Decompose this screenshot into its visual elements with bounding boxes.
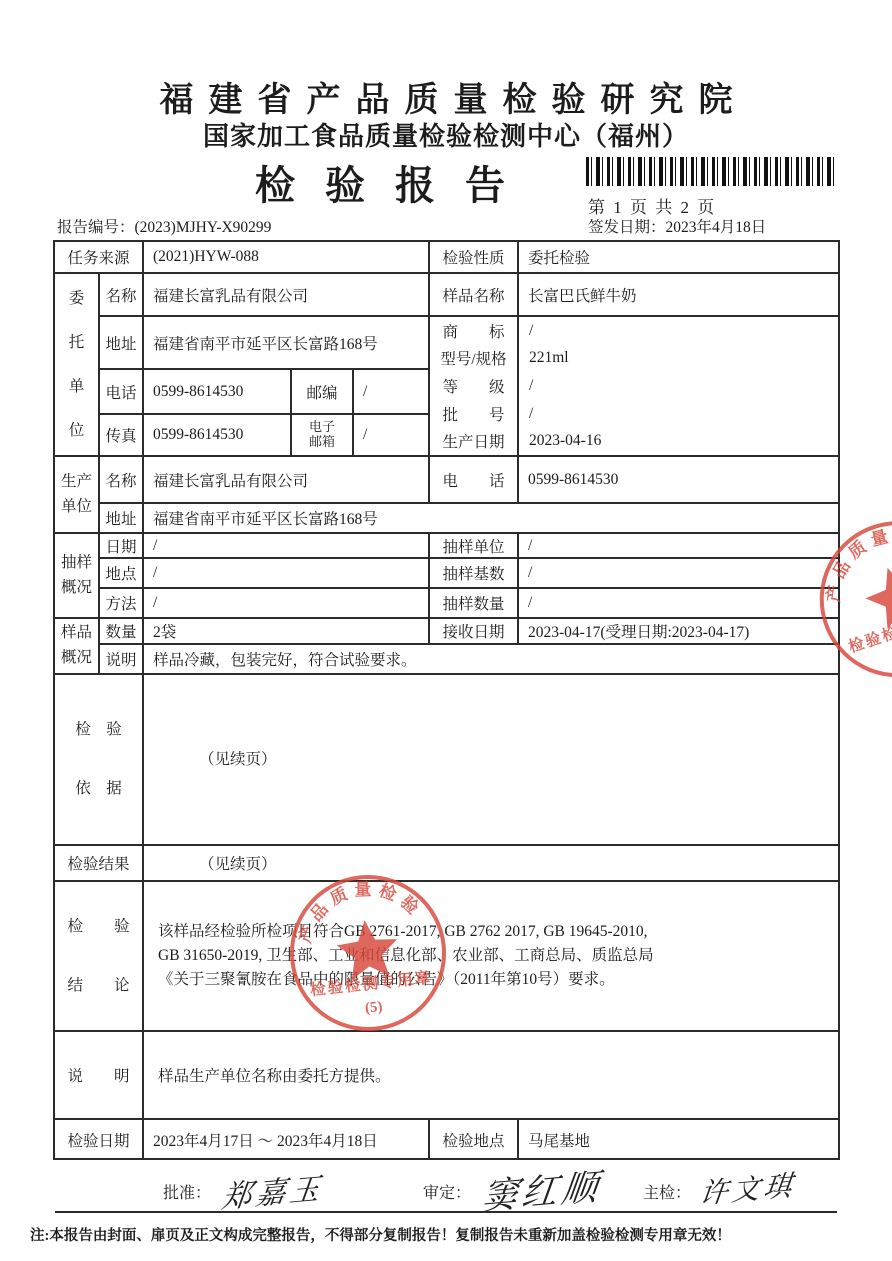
- stamp-number: (5): [364, 999, 383, 1017]
- edge-stamp-line-text: 检验检测专用章: [846, 600, 892, 656]
- producer-name-label: 名称: [100, 457, 144, 504]
- issue-date: 签发日期：2023年4月18日: [588, 215, 766, 237]
- trademark-label: 商 标: [430, 320, 517, 342]
- grade-label: 等 级: [430, 375, 517, 397]
- sampling-place-value: /: [144, 559, 430, 589]
- inspection-nature-value: 委托检验: [519, 242, 840, 274]
- report-number-label: 报告编号：: [57, 219, 135, 236]
- sampling-date-value: /: [144, 534, 430, 559]
- star-icon: [859, 558, 892, 632]
- sampling-base-label: 抽样基数: [430, 559, 519, 589]
- review-label: 审定：: [423, 1180, 471, 1203]
- receive-date-label: 接收日期: [430, 619, 519, 645]
- footer-divider: [55, 1211, 837, 1213]
- task-source-value: (2021)HYW-088: [144, 242, 430, 274]
- inspection-date-label: 检验日期: [55, 1120, 144, 1160]
- client-address-value: 福建省南平市延平区长富路168号: [144, 317, 430, 370]
- signature-row: 批准： 郑嘉玉 审定： 窦红顺 主检： 许文琪: [0, 1162, 892, 1212]
- sampling-base-value: /: [519, 559, 840, 589]
- stamp-line-text: 检验检测专用章: [309, 967, 433, 999]
- batch-value: /: [519, 405, 840, 423]
- conclusion-value: 该样品经检验所检项目符合GB 2761-2017, GB 2762 2017, …: [144, 882, 840, 1032]
- sampling-method-value: /: [144, 589, 430, 619]
- star-icon: [334, 917, 401, 981]
- sample-name-value: 长富巴氏鲜牛奶: [519, 274, 840, 317]
- approve-label: 批准：: [163, 1180, 211, 1203]
- client-fax-label: 传真: [100, 415, 144, 457]
- sampling-section-label: 抽样 概况: [55, 534, 100, 619]
- barcode: [586, 157, 838, 186]
- client-name-value: 福建长富乳品有限公司: [144, 274, 430, 317]
- sample-name-label: 样品名称: [430, 274, 519, 317]
- sample-desc-label: 说明: [100, 645, 144, 675]
- inspection-nature-label: 检验性质: [430, 242, 519, 274]
- stamp-arc-text: 产品质量检验: [289, 873, 430, 948]
- report-number: 报告编号：(2023)MJHY-X90299: [57, 215, 271, 237]
- sampling-date-label: 日期: [100, 534, 144, 559]
- chief-label: 主检：: [643, 1180, 691, 1203]
- basis-section-label: 检 验 依 据: [55, 675, 144, 846]
- trademark-value: /: [519, 322, 840, 340]
- producer-address-label: 地址: [100, 504, 144, 534]
- receive-date-value: 2023-04-17(受理日期:2023-04-17): [519, 619, 840, 645]
- sampling-unit-value: /: [519, 534, 840, 559]
- spec-labels-cell: 商 标 型号/规格 等 级 批 号 生产日期: [430, 317, 519, 457]
- producer-address-value: 福建省南平市延平区长富路168号: [144, 504, 840, 534]
- result-value: （见续页）: [144, 846, 840, 882]
- inspection-place-label: 检验地点: [430, 1120, 519, 1160]
- inspection-place-value: 马尾基地: [519, 1120, 840, 1160]
- issue-date-value: 2023年4月18日: [666, 219, 767, 236]
- remark-value: 样品生产单位名称由委托方提供。: [144, 1032, 840, 1120]
- sampling-qty-value: /: [519, 589, 840, 619]
- official-stamp: 产品质量检验 检验检测专用章 (5): [279, 864, 457, 1042]
- svg-text:产品质量检验: 产品质量检验: [289, 873, 430, 948]
- task-source-label: 任务来源: [55, 242, 144, 274]
- center-subtitle: 国家加工食品质量检验检测中心（福州）: [0, 116, 892, 153]
- client-section-label: 委托单位: [55, 274, 100, 457]
- footer-note: 注:本报告由封面、扉页及正文构成完整报告，不得部分复制报告！复制报告未重新加盖检…: [30, 1224, 875, 1245]
- client-name-label: 名称: [100, 274, 144, 317]
- producer-name-value: 福建长富乳品有限公司: [144, 457, 430, 504]
- producer-phone-value: 0599-8614530: [519, 457, 840, 504]
- approve-signature-handwriting: 郑嘉玉: [219, 1163, 326, 1217]
- model-spec-value: 221ml: [519, 349, 840, 367]
- report-page: 福建省产品质量检验研究院 国家加工食品质量检验检测中心（福州） 检验报告 第 1…: [0, 0, 892, 1261]
- sampling-place-label: 地点: [100, 559, 144, 589]
- conclusion-section-label: 检 验 结 论: [55, 882, 144, 1032]
- basis-value: （见续页）: [144, 675, 840, 846]
- result-section-label: 检验结果: [55, 846, 144, 882]
- spec-values-cell: / 221ml / / 2023-04-16: [519, 317, 840, 457]
- email-label: 电子 邮箱: [292, 415, 354, 457]
- batch-label: 批 号: [430, 403, 517, 425]
- postcode-value: /: [354, 370, 430, 415]
- sample-desc-value: 样品冷藏，包装完好，符合试验要求。: [144, 645, 840, 675]
- report-number-value: (2023)MJHY-X90299: [135, 219, 272, 236]
- model-spec-label: 型号/规格: [430, 347, 517, 369]
- producer-phone-label: 电 话: [430, 457, 519, 504]
- chief-signature-handwriting: 许文琪: [698, 1164, 799, 1213]
- sampling-unit-label: 抽样单位: [430, 534, 519, 559]
- production-date-label: 生产日期: [430, 430, 517, 452]
- producer-section-label: 生产 单位: [55, 457, 100, 534]
- client-phone-value: 0599-8614530: [144, 370, 292, 415]
- postcode-label: 邮编: [292, 370, 354, 415]
- sampling-qty-label: 抽样数量: [430, 589, 519, 619]
- sample-qty-label: 数量: [100, 619, 144, 645]
- remark-section-label: 说 明: [55, 1032, 144, 1120]
- client-phone-label: 电话: [100, 370, 144, 415]
- sampling-method-label: 方法: [100, 589, 144, 619]
- client-fax-value: 0599-8614530: [144, 415, 292, 457]
- institute-title: 福建省产品质量检验研究院: [0, 72, 892, 121]
- email-value: /: [354, 415, 430, 457]
- issue-date-label: 签发日期：: [588, 219, 666, 236]
- client-address-label: 地址: [100, 317, 144, 370]
- sample-info-section-label: 样品 概况: [55, 619, 100, 675]
- grade-value: /: [519, 377, 840, 395]
- sample-qty-value: 2袋: [144, 619, 430, 645]
- production-date-value: 2023-04-16: [519, 432, 840, 450]
- inspection-date-value: 2023年4月17日 ～ 2023年4月18日: [144, 1120, 430, 1160]
